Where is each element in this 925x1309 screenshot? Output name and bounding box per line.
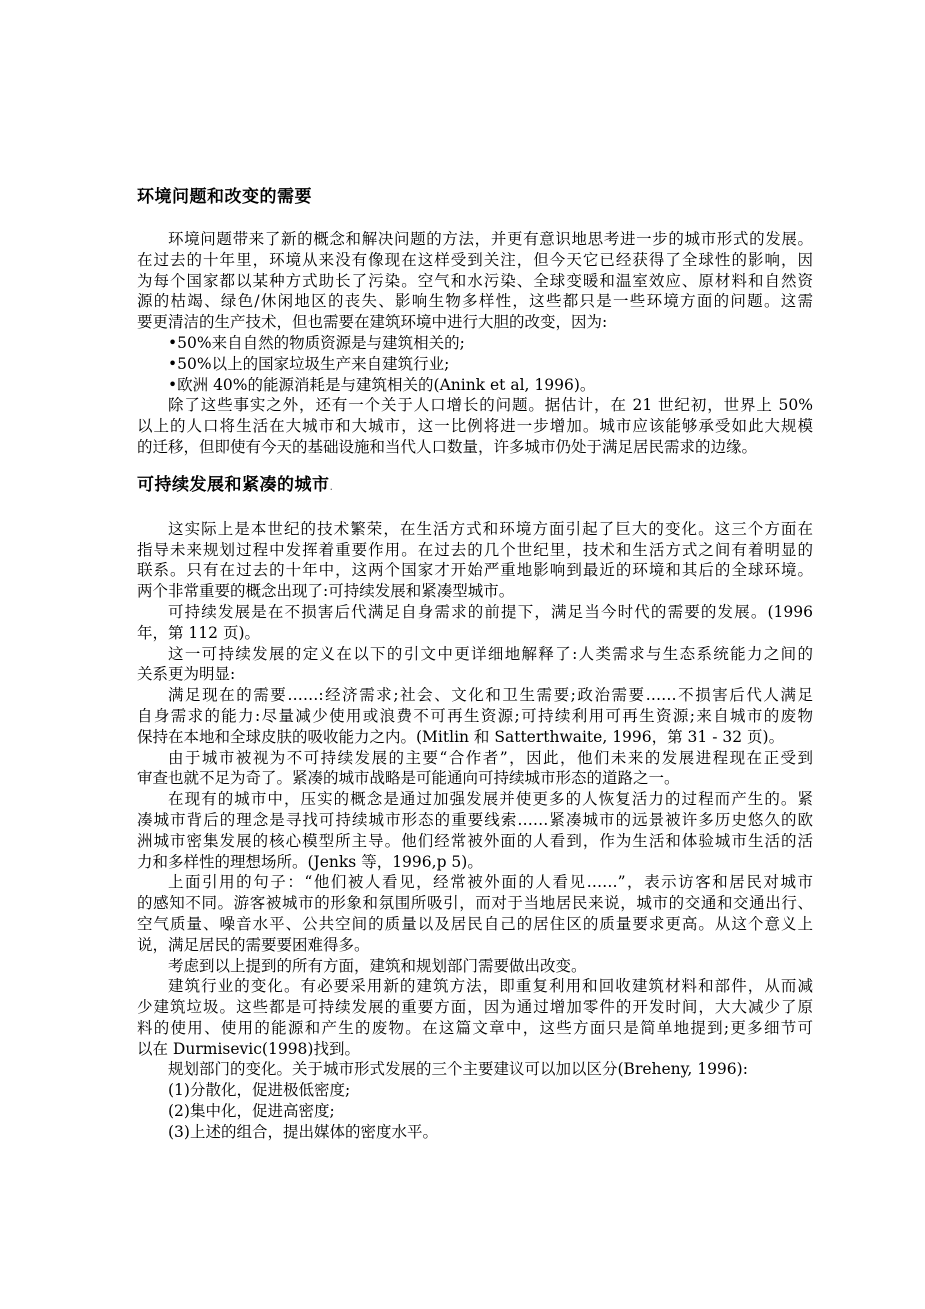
section-heading-suffix: . bbox=[330, 480, 334, 493]
text-line: 以在 Durmisevic(1998)找到。 bbox=[137, 1039, 813, 1060]
paragraph: 考虑到以上提到的所有方面，建筑和规划部门需要做出改变。 bbox=[137, 956, 813, 977]
text-line: 年，第 112 页)。 bbox=[137, 623, 813, 644]
text-line: 审查也就不足为奇了。紧凑的城市战略是可能通向可持续城市形态的道路之一。 bbox=[137, 768, 813, 789]
paragraph: 由于城市被视为不可持续发展的主要“合作者”，因此，他们未来的发展进程现在正受到审… bbox=[137, 748, 813, 790]
section-heading-text: 环境问题和改变的需要 bbox=[137, 187, 312, 207]
text-line: 上面引用的句子：“他们被人看见，经常被外面的人看见……”，表示访客和居民对城市 bbox=[137, 872, 813, 893]
paragraph: 这一可持续发展的定义在以下的引文中更详细地解释了:人类需求与生态系统能力之间的关… bbox=[137, 644, 813, 686]
text-line: 少建筑垃圾。这些都是可持续发展的重要方面，因为通过增加零件的开发时间，大大减少了… bbox=[137, 997, 813, 1018]
paragraph: 可持续发展是在不损害后代满足自身需求的前提下，满足当今时代的需要的发展。(199… bbox=[137, 602, 813, 644]
text-line: 指导未来规划过程中发挥着重要作用。在过去的几个世纪里，技术和生活方式之间有着明显… bbox=[137, 540, 813, 561]
section-heading-text: 可持续发展和紧凑的城市 bbox=[137, 475, 330, 495]
text-line: 这一可持续发展的定义在以下的引文中更详细地解释了:人类需求与生态系统能力之间的 bbox=[137, 644, 813, 665]
text-line: 可持续发展是在不损害后代满足自身需求的前提下，满足当今时代的需要的发展。(199… bbox=[137, 602, 813, 623]
paragraph: 上面引用的句子：“他们被人看见，经常被外面的人看见……”，表示访客和居民对城市的… bbox=[137, 872, 813, 955]
text-line: 以上的人口将生活在大城市和大城市，这一比例将进一步增加。城市应该能够承受如此大规… bbox=[137, 416, 813, 437]
text-line: 除了这些事实之外，还有一个关于人口增长的问题。据估计，在 21 世纪初，世界上 … bbox=[137, 395, 813, 416]
text-line: 两个非常重要的概念出现了:可持续发展和紧凑型城市。 bbox=[137, 581, 813, 602]
paragraph: 满足现在的需要……:经济需求;社会、文化和卫生需要;政治需要……不损害后代人满足… bbox=[137, 685, 813, 747]
text-line: 自身需求的能力:尽量减少使用或浪费不可再生资源;可持续利用可再生资源;来自城市的… bbox=[137, 706, 813, 727]
text-line: 建筑行业的变化。有必要采用新的建筑方法，即重复利用和回收建筑材料和部件，从而减 bbox=[137, 976, 813, 997]
text-line: 为每个国家都以某种方式助长了污染。空气和水污染、全球变暖和温室效应、原材料和自然… bbox=[137, 271, 813, 292]
text-line: 考虑到以上提到的所有方面，建筑和规划部门需要做出改变。 bbox=[137, 956, 813, 977]
text-line: 料的使用、使用的能源和产生的废物。在这篇文章中，这些方面只是简单地提到;更多细节… bbox=[137, 1018, 813, 1039]
text-line: 环境问题带来了新的概念和解决问题的方法，并更有意识地思考进一步的城市形式的发展。 bbox=[137, 229, 813, 250]
paragraph: 规划部门的变化。关于城市形式发展的三个主要建议可以加以区分(Breheny, 1… bbox=[137, 1059, 813, 1080]
text-line: 关系更为明显: bbox=[137, 664, 813, 685]
text-line: •50%以上的国家垃圾生产来自建筑行业; bbox=[137, 354, 813, 375]
text-line: 的迁移，但即使有今天的基础设施和当代人口数量，许多城市仍处于满足居民需求的边缘。 bbox=[137, 437, 813, 458]
text-line: (1)分散化，促进极低密度; bbox=[137, 1080, 813, 1101]
text-line: 在现有的城市中，压实的概念是通过加强发展并使更多的人恢复活力的过程而产生的。紧 bbox=[137, 789, 813, 810]
text-line: 这实际上是本世纪的技术繁荣，在生活方式和环境方面引起了巨大的变化。这三个方面在 bbox=[137, 519, 813, 540]
paragraph: 这实际上是本世纪的技术繁荣，在生活方式和环境方面引起了巨大的变化。这三个方面在指… bbox=[137, 519, 813, 602]
paragraph: 建筑行业的变化。有必要采用新的建筑方法，即重复利用和回收建筑材料和部件，从而减少… bbox=[137, 976, 813, 1059]
text-line: 空气质量、噪音水平、公共空间的质量以及居民自己的居住区的质量要求更高。从这个意义… bbox=[137, 914, 813, 935]
text-line: 满足现在的需要……:经济需求;社会、文化和卫生需要;政治需要……不损害后代人满足 bbox=[137, 685, 813, 706]
text-line: (2)集中化，促进高密度; bbox=[137, 1101, 813, 1122]
paragraph: 环境问题带来了新的概念和解决问题的方法，并更有意识地思考进一步的城市形式的发展。… bbox=[137, 229, 813, 333]
text-line: 凑城市背后的理念是寻找可持续城市形态的重要线索……紧凑城市的远景被许多历史悠久的… bbox=[137, 810, 813, 831]
text-line: 联系。只有在过去的十年中，这两个国家才开始严重地影响到最近的环境和其后的全球环境… bbox=[137, 560, 813, 581]
text-line: 保持在本地和全球皮肤的吸收能力之内。(Mitlin 和 Satterthwait… bbox=[137, 727, 813, 748]
text-line: 的感知不同。游客被城市的形象和氛围所吸引，而对于当地居民来说，城市的交通和交通出… bbox=[137, 893, 813, 914]
section-heading: 可持续发展和紧凑的城市. bbox=[137, 474, 813, 498]
text-line: 源的枯竭、绿色/休闲地区的丧失、影响生物多样性，这些都只是一些环境方面的问题。这… bbox=[137, 291, 813, 312]
text-line: •50%来自自然的物质资源是与建筑相关的; bbox=[137, 333, 813, 354]
text-line: •欧洲 40%的能源消耗是与建筑相关的(Anink et al, 1996)。 bbox=[137, 375, 813, 396]
paragraph: (1)分散化，促进极低密度;(2)集中化，促进高密度;(3)上述的组合，提出媒体… bbox=[137, 1080, 813, 1142]
paragraph: •50%来自自然的物质资源是与建筑相关的;•50%以上的国家垃圾生产来自建筑行业… bbox=[137, 333, 813, 395]
paragraph: 除了这些事实之外，还有一个关于人口增长的问题。据估计，在 21 世纪初，世界上 … bbox=[137, 395, 813, 457]
text-line: 说，满足居民的需要要困难得多。 bbox=[137, 935, 813, 956]
document-content: 环境问题和改变的需要环境问题带来了新的概念和解决问题的方法，并更有意识地思考进一… bbox=[137, 186, 813, 1143]
text-line: 洲城市密集发展的核心模型所主导。他们经常被外面的人看到，作为生活和体验城市生活的… bbox=[137, 831, 813, 852]
document-page: 环境问题和改变的需要环境问题带来了新的概念和解决问题的方法，并更有意识地思考进一… bbox=[0, 0, 925, 1309]
text-line: 规划部门的变化。关于城市形式发展的三个主要建议可以加以区分(Breheny, 1… bbox=[137, 1059, 813, 1080]
text-line: 在过去的十年里，环境从来没有像现在这样受到关注，但今天它已经获得了全球性的影响，… bbox=[137, 250, 813, 271]
text-line: 要更清洁的生产技术，但也需要在建筑环境中进行大胆的改变，因为: bbox=[137, 312, 813, 333]
section-heading: 环境问题和改变的需要 bbox=[137, 186, 813, 208]
text-line: 由于城市被视为不可持续发展的主要“合作者”，因此，他们未来的发展进程现在正受到 bbox=[137, 748, 813, 769]
paragraph: 在现有的城市中，压实的概念是通过加强发展并使更多的人恢复活力的过程而产生的。紧凑… bbox=[137, 789, 813, 872]
text-line: (3)上述的组合，提出媒体的密度水平。 bbox=[137, 1122, 813, 1143]
text-line: 力和多样性的理想场所。(Jenks 等，1996,p 5)。 bbox=[137, 852, 813, 873]
